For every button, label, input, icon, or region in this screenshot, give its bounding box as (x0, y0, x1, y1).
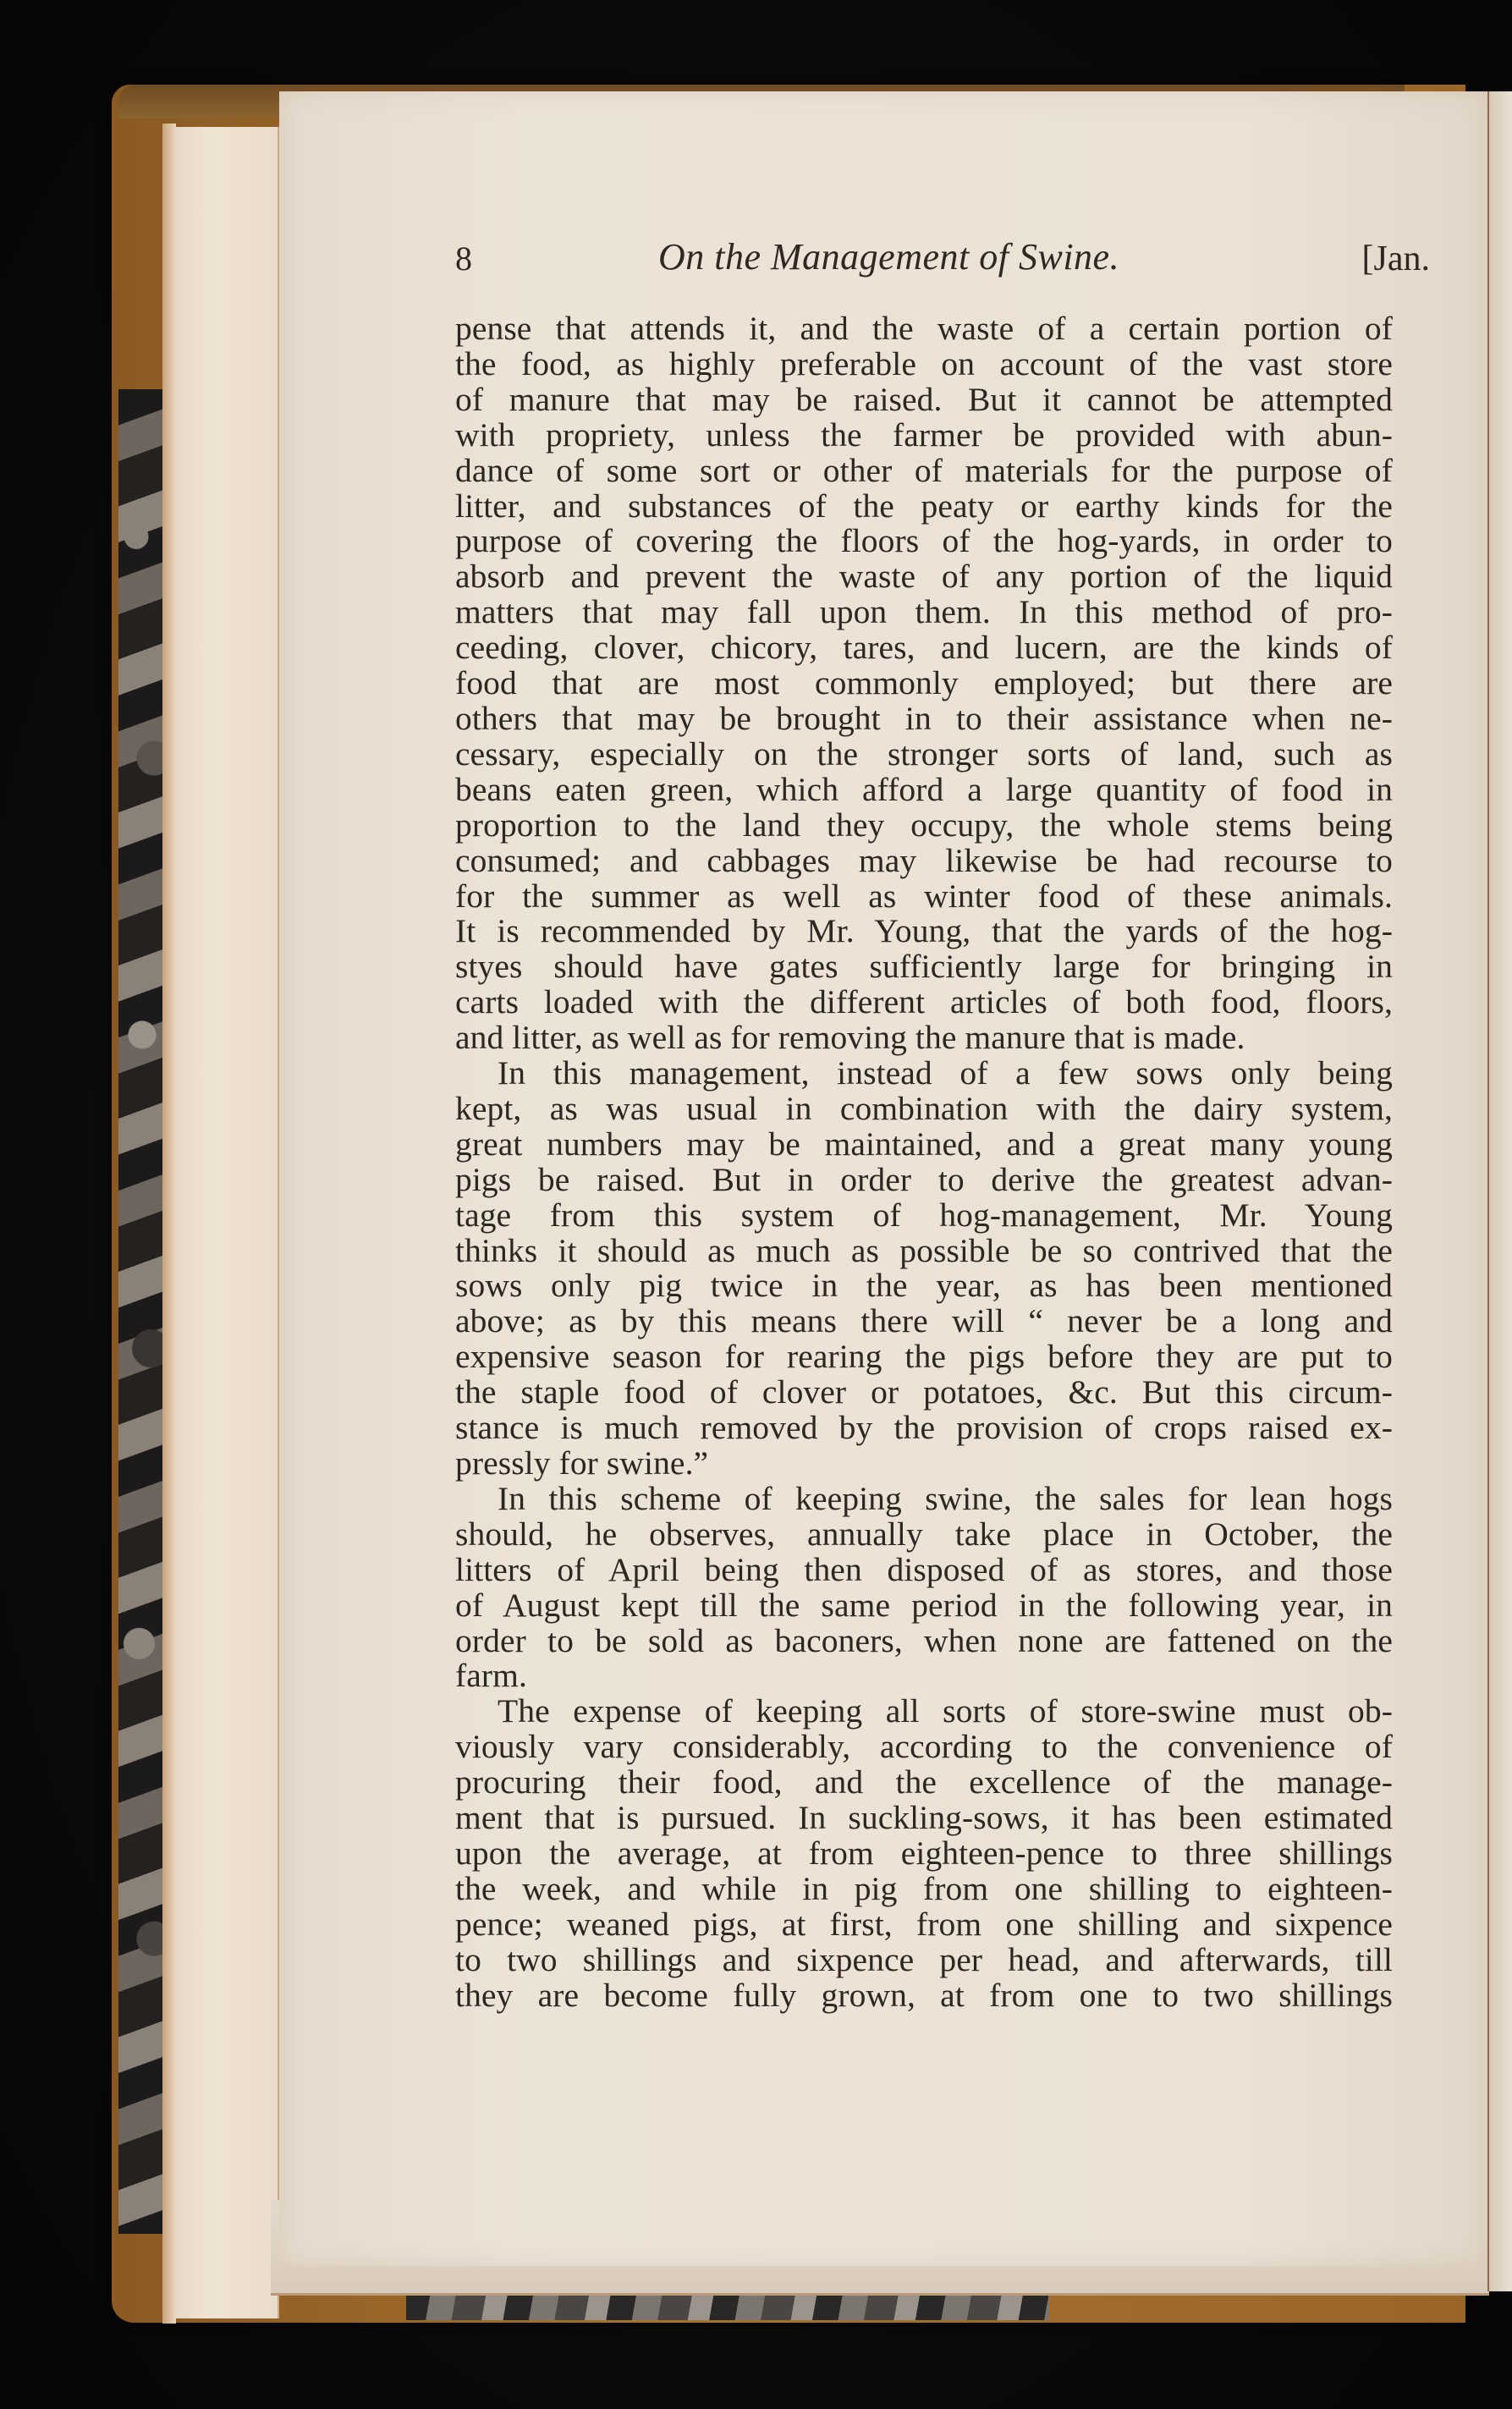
page-header: 8 On the Management of Swine. [Jan. (455, 235, 1430, 286)
month-label: [Jan. (1362, 239, 1430, 279)
text-line: tage from this system of hog-management,… (455, 1198, 1393, 1234)
paragraph-start: In this scheme of keeping swine, the sal… (455, 1482, 1393, 1517)
text-line: of August kept till the same period in t… (455, 1588, 1393, 1624)
text-line: the staple food of clover or potatoes, &… (455, 1375, 1393, 1411)
flyleaf (176, 127, 279, 2318)
text-line: thinks it should as much as possible be … (455, 1234, 1393, 1269)
text-line: for the summer as well as winter food of… (455, 879, 1393, 915)
text-line: cessary, especially on the stronger sort… (455, 737, 1393, 773)
text-line: dance of some sort or other of materials… (455, 454, 1393, 489)
text-line: sows only pig twice in the year, as has … (455, 1268, 1393, 1304)
text-line: viously vary considerably, according to … (455, 1730, 1393, 1765)
text-line: ceeding, clover, chicory, tares, and luc… (455, 630, 1393, 666)
next-page-edge (1487, 91, 1512, 2291)
text-line: others that may be brought in to their a… (455, 701, 1393, 737)
paragraph-start: The expense of keeping all sorts of stor… (455, 1694, 1393, 1730)
text-line: order to be sold as baconers, when none … (455, 1624, 1393, 1659)
text-line: expensive season for rearing the pigs be… (455, 1339, 1393, 1375)
flyleaf-edge (162, 124, 176, 2324)
text-line: litters of April being then disposed of … (455, 1553, 1393, 1588)
text-line: above; as by this means there will “ nev… (455, 1304, 1393, 1339)
body-text: pense that attends it, and the waste of … (455, 311, 1393, 2014)
text-line: of manure that may be raised. But it can… (455, 382, 1393, 418)
text-line: upon the average, at from eighteen-pence… (455, 1836, 1393, 1872)
text-line: should, he observes, annually take place… (455, 1517, 1393, 1553)
text-line: procuring their food, and the excellence… (455, 1765, 1393, 1801)
text-line: farm. (455, 1658, 1393, 1694)
text-line: absorb and prevent the waste of any port… (455, 559, 1393, 595)
text-line: pence; weaned pigs, at first, from one s… (455, 1907, 1393, 1943)
text-line: and litter, as well as for removing the … (455, 1020, 1393, 1056)
text-line: litter, and substances of the peaty or e… (455, 489, 1393, 525)
text-line: they are become fully grown, at from one… (455, 1978, 1393, 2014)
text-line: pense that attends it, and the waste of … (455, 311, 1393, 347)
text-line: pressly for swine.” (455, 1446, 1393, 1482)
page-number: 8 (455, 239, 472, 278)
paragraph-start: In this management, instead of a few sow… (455, 1056, 1393, 1092)
text-line: stance is much removed by the provision … (455, 1411, 1393, 1446)
running-title: On the Management of Swine. (658, 235, 1119, 278)
text-line: pigs be raised. But in order to derive t… (455, 1163, 1393, 1198)
text-line: It is recommended by Mr. Young, that the… (455, 914, 1393, 949)
text-line: great numbers may be maintained, and a g… (455, 1127, 1393, 1163)
text-line: purpose of covering the floors of the ho… (455, 524, 1393, 559)
text-line: matters that may fall upon them. In this… (455, 595, 1393, 630)
text-line: styes should have gates sufficiently lar… (455, 949, 1393, 985)
text-line: food that are most commonly employed; bu… (455, 666, 1393, 701)
text-line: with propriety, unless the farmer be pro… (455, 418, 1393, 454)
text-line: to two shillings and sixpence per head, … (455, 1943, 1393, 1978)
text-line: kept, as was usual in combination with t… (455, 1092, 1393, 1127)
text-line: the food, as highly preferable on accoun… (455, 347, 1393, 382)
text-line: beans eaten green, which afford a large … (455, 773, 1393, 808)
text-line: ment that is pursued. In suckling-sows, … (455, 1801, 1393, 1836)
text-line: carts loaded with the different articles… (455, 985, 1393, 1020)
text-line: consumed; and cabbages may likewise be h… (455, 844, 1393, 879)
text-line: proportion to the land they occupy, the … (455, 808, 1393, 844)
text-line: the week, and while in pig from one shil… (455, 1872, 1393, 1907)
